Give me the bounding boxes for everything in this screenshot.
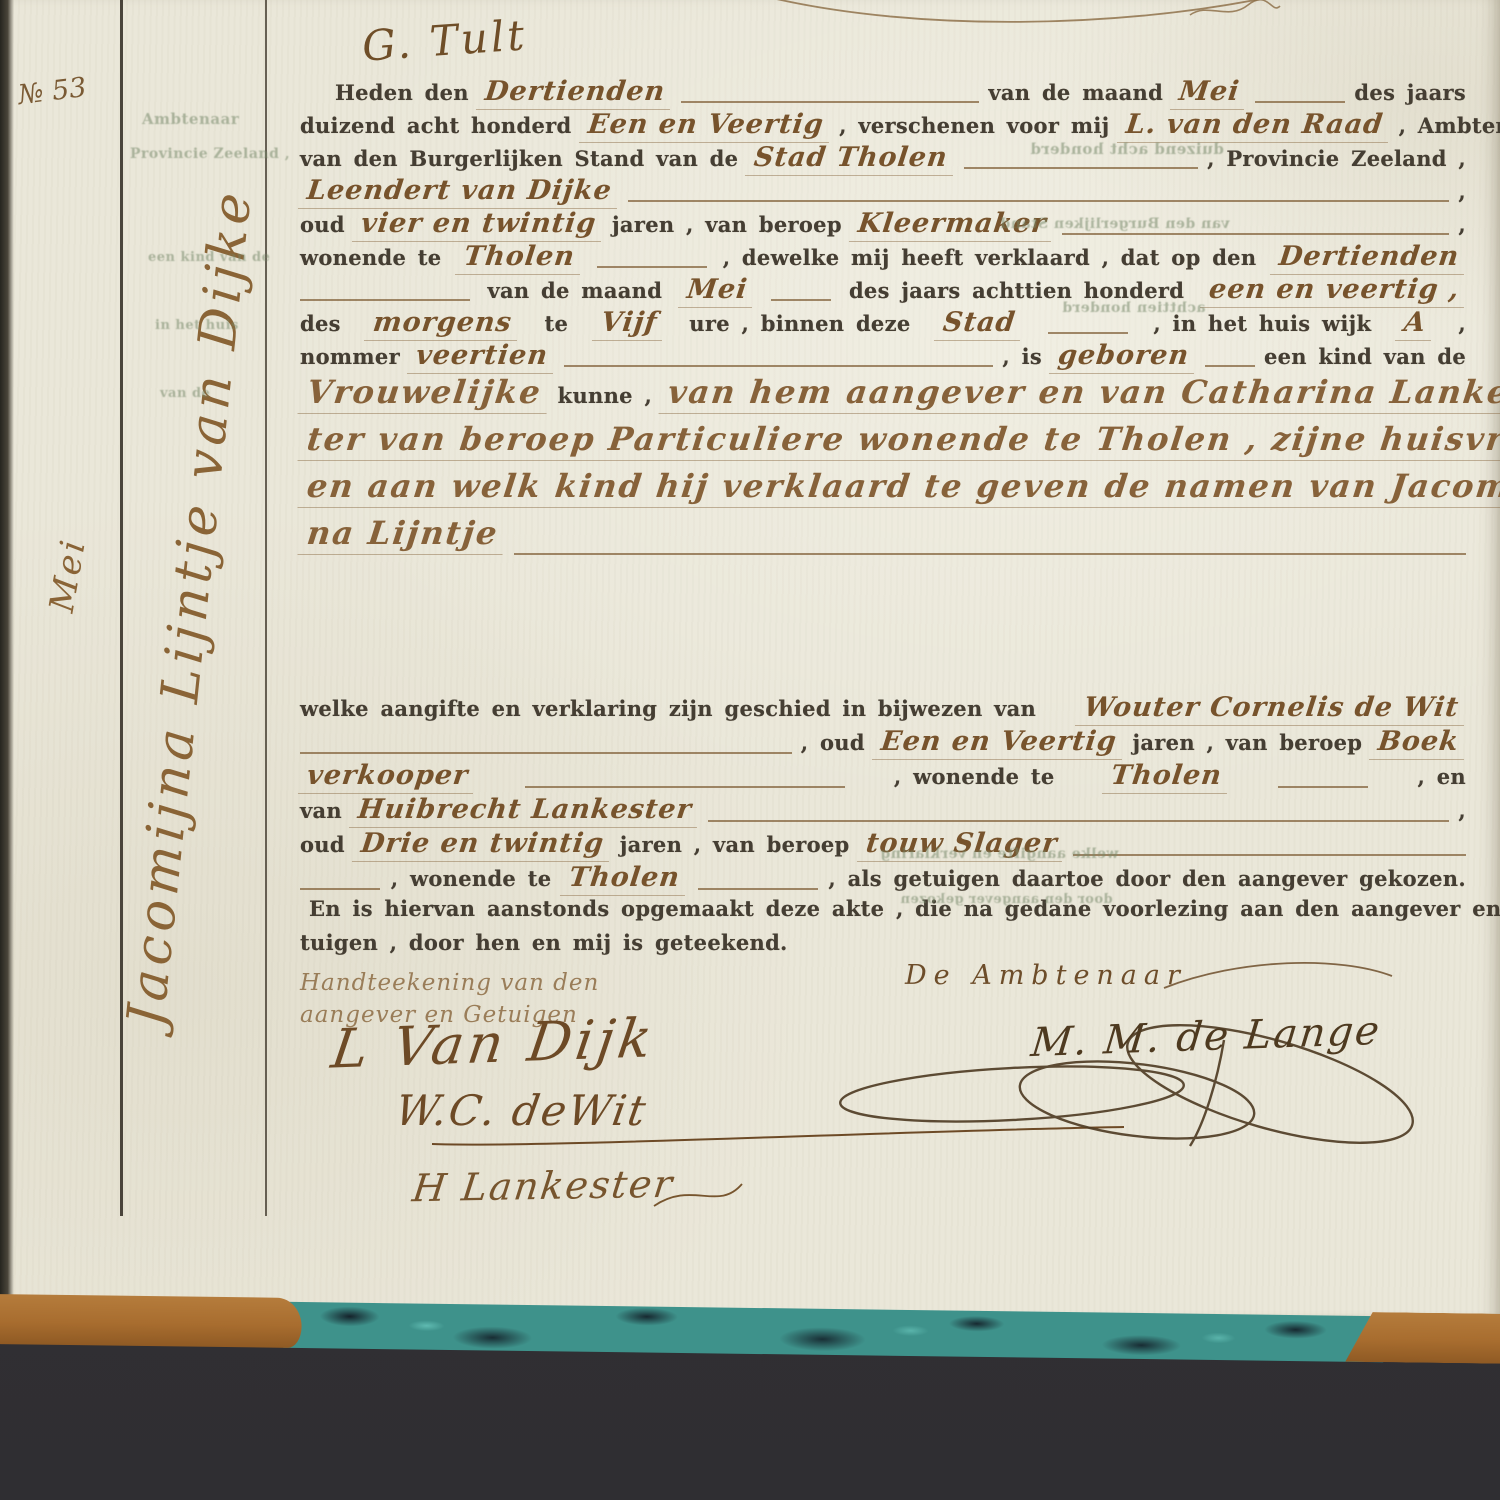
- page-gutter-shadow: [0, 0, 14, 1310]
- blank-fill-line: [964, 165, 1198, 169]
- handwritten-entry: na Lijntje: [297, 514, 507, 555]
- blank-fill-line: [1048, 330, 1128, 334]
- handwritten-entry: Huibrecht Lankester: [349, 794, 701, 828]
- bleedthrough-text: van den Burgerlijken Stand: [1000, 216, 1229, 232]
- handwritten-entry: geboren: [1049, 340, 1198, 374]
- printed-text: oud: [300, 212, 345, 237]
- bleedthrough-text: duizend acht honderd: [1030, 140, 1224, 158]
- blank-fill-line: [300, 297, 470, 301]
- printed-text: , wonende te: [391, 866, 552, 891]
- form-line: wonende teTholen, dewelke mij heeft verk…: [300, 241, 1466, 274]
- scanned-birth-record-page: № 53 Mei Jacomijna Lijntje van Dijke G. …: [0, 0, 1500, 1500]
- handwritten-entry: Tholen: [455, 241, 584, 275]
- printed-text: nommer: [300, 344, 400, 369]
- printed-text: ,: [1458, 179, 1466, 204]
- witness2-signature-flourish: [652, 1176, 748, 1218]
- printed-text: , Provincie Zeeland ,: [1207, 146, 1466, 171]
- handwritten-entry: Tholen: [560, 862, 689, 896]
- printed-text: tuigen , door hen en mij is geteekend.: [300, 930, 788, 955]
- act-body-witnesses: welke aangifte en verklaring zijn geschi…: [300, 692, 1466, 964]
- printed-text: , is: [1002, 344, 1042, 369]
- handwritten-entry: Mei: [1170, 76, 1249, 110]
- form-line: , wonende teTholen, als getuigen daartoe…: [300, 862, 1466, 896]
- blank-fill-line: [525, 784, 845, 788]
- printed-text: , als getuigen daartoe door den aangever…: [828, 866, 1466, 891]
- handwritten-entry: A: [1395, 307, 1435, 341]
- form-line: duizend acht honderdEen en Veertig, vers…: [300, 109, 1466, 142]
- handwritten-entry: morgens: [364, 307, 521, 341]
- signature-caption-line1: Handteekening van den: [300, 970, 599, 996]
- leather-corner-left: [0, 1294, 302, 1348]
- printed-text: jaren , van beroep: [620, 832, 850, 857]
- bleedthrough-text: door den aangever gekozen: [900, 892, 1113, 907]
- form-line: ter van beroep Particuliere wonende te T…: [300, 420, 1466, 467]
- handwritten-entry: Leendert van Dijke: [298, 175, 621, 209]
- act-body-upper: Heden denDertiendenvan de maandMeides ja…: [300, 76, 1466, 561]
- printed-text: des: [300, 311, 341, 336]
- form-line: Leendert van Dijke,: [300, 175, 1466, 208]
- form-line: Heden denDertiendenvan de maandMeides ja…: [300, 76, 1466, 109]
- spacer: [300, 99, 326, 100]
- official-caption: De Ambtenaar: [905, 960, 1187, 991]
- blank-fill-line: [698, 886, 818, 890]
- handwritten-entry: ter van beroep Particuliere wonende te T…: [297, 420, 1500, 461]
- printed-text: oud: [300, 832, 345, 857]
- handwritten-entry: Een en Veertig: [578, 109, 832, 143]
- printed-text: van den Burgerlijken Stand van de: [300, 146, 738, 171]
- printed-text: van: [300, 798, 342, 823]
- handwritten-entry: Stad: [934, 307, 1025, 341]
- blank-fill-line: [514, 551, 1466, 555]
- form-line: verkooper, wonende teTholen, en: [300, 760, 1466, 794]
- handwritten-entry: Vrouwelijke: [297, 373, 551, 414]
- printed-text: jaren , van beroep: [612, 212, 842, 237]
- blank-fill-line: [564, 363, 994, 367]
- blank-fill-line: [681, 99, 979, 103]
- printed-text: , oud: [801, 730, 865, 755]
- handwritten-entry: veertien: [407, 340, 557, 374]
- bleedthrough-text: van de: [160, 386, 210, 401]
- printed-text: Heden den: [335, 80, 469, 105]
- printed-text: ,: [1458, 311, 1466, 336]
- printed-text: ,: [1458, 798, 1466, 823]
- form-line: na Lijntje: [300, 514, 1466, 561]
- form-line: welke aangifte en verklaring zijn geschi…: [300, 692, 1466, 726]
- handwritten-entry: Stad Tholen: [745, 142, 957, 176]
- printed-text: , wonende te: [894, 764, 1055, 789]
- handwritten-entry: van hem aangever en van Catharina Lankes…: [659, 373, 1500, 414]
- handwritten-entry: Een en Veertig: [872, 726, 1126, 760]
- printed-text: van de maand: [988, 80, 1163, 105]
- handwritten-entry: Drie en twintig: [352, 828, 613, 862]
- handwritten-entry: Mei: [678, 274, 757, 308]
- printed-text: des jaars: [1354, 80, 1466, 105]
- bleedthrough-text: achttien honderd: [1062, 300, 1206, 316]
- form-line: van de maandMeides jaars achttien honder…: [300, 274, 1466, 307]
- blank-fill-line: [300, 750, 792, 754]
- handwritten-entry: Dertienden: [476, 76, 674, 110]
- marbled-cover-strip: [283, 1302, 1384, 1362]
- printed-text: welke aangifte en verklaring zijn geschi…: [300, 696, 1036, 721]
- blank-fill-line: [1205, 363, 1255, 367]
- printed-text: te: [544, 311, 568, 336]
- bleedthrough-text: Ambtenaar: [142, 110, 239, 128]
- signature-witness2: H Lankester: [410, 1162, 677, 1211]
- form-line: desmorgensteVijfure , binnen dezeStad, i…: [300, 307, 1466, 340]
- form-line: , oudEen en Veertigjaren , van beroepBoe…: [300, 726, 1466, 760]
- blank-fill-line: [1073, 852, 1466, 856]
- bleedthrough-text: in het huis: [155, 318, 239, 333]
- official-signature-flourish: [832, 1032, 1422, 1150]
- handwritten-entry: en aan welk kind hij verklaard te geven …: [297, 467, 1500, 508]
- blank-fill-line: [628, 198, 1450, 202]
- handwritten-entry: vier en twintig: [352, 208, 605, 242]
- bleedthrough-text: welke aangifte en verklaring: [880, 846, 1119, 862]
- bleedthrough-text: een kind van de: [148, 250, 270, 265]
- top-flourish-squiggle: [1188, 0, 1283, 24]
- printed-text: , verschenen voor mij: [839, 113, 1109, 138]
- form-line: En is hiervan aanstonds opgemaakt deze a…: [300, 896, 1466, 930]
- handwritten-entry: L. van den Raad: [1116, 109, 1391, 143]
- form-line: nommerveertien, isgeboreneen kind van de: [300, 340, 1466, 373]
- blank-fill-line: [597, 264, 707, 268]
- form-line: vanHuibrecht Lankester,: [300, 794, 1466, 828]
- handwritten-entry: Boek: [1369, 726, 1468, 760]
- printed-text: een kind van de: [1264, 344, 1466, 369]
- handwritten-entry: verkooper: [298, 760, 477, 794]
- printed-text: jaren , van beroep: [1133, 730, 1363, 755]
- signature-declarant: L Van Dijk: [328, 1006, 660, 1080]
- blank-fill-line: [771, 297, 831, 301]
- handwritten-entry: Vijf: [592, 307, 666, 341]
- form-line: en aan welk kind hij verklaard te geven …: [300, 467, 1466, 514]
- printed-text: duizend acht honderd: [300, 113, 572, 138]
- blank-fill-line: [300, 886, 380, 890]
- form-line: van den Burgerlijken Stand van deStad Th…: [300, 142, 1466, 175]
- printed-text: , en: [1417, 764, 1465, 789]
- form-line: oudvier en twintigjaren , van beroepKlee…: [300, 208, 1466, 241]
- handwritten-entry: Wouter Cornelis de Wit: [1075, 692, 1468, 726]
- printed-text: wonende te: [300, 245, 441, 270]
- blank-fill-line: [708, 818, 1450, 822]
- blank-fill-line: [1278, 784, 1368, 788]
- printed-text: van de maand: [487, 278, 662, 303]
- handwritten-entry: een en veertig ,: [1200, 274, 1468, 308]
- official-caption-flourish: [1160, 952, 1400, 1004]
- printed-text: , Ambtenaar: [1399, 113, 1500, 138]
- printed-text: kunne ,: [558, 383, 652, 408]
- bleedthrough-text: Provincie Zeeland ,: [130, 146, 290, 162]
- printed-text: ure , binnen deze: [689, 311, 910, 336]
- handwritten-entry: Dertienden: [1270, 241, 1468, 275]
- form-line: Vrouwelijkekunne ,van hem aangever en va…: [300, 373, 1466, 420]
- handwritten-entry: Tholen: [1102, 760, 1231, 794]
- printed-text: ,: [1458, 212, 1466, 237]
- printed-text: , dewelke mij heeft verklaard , dat op d…: [723, 245, 1257, 270]
- blank-fill-line: [1255, 99, 1345, 103]
